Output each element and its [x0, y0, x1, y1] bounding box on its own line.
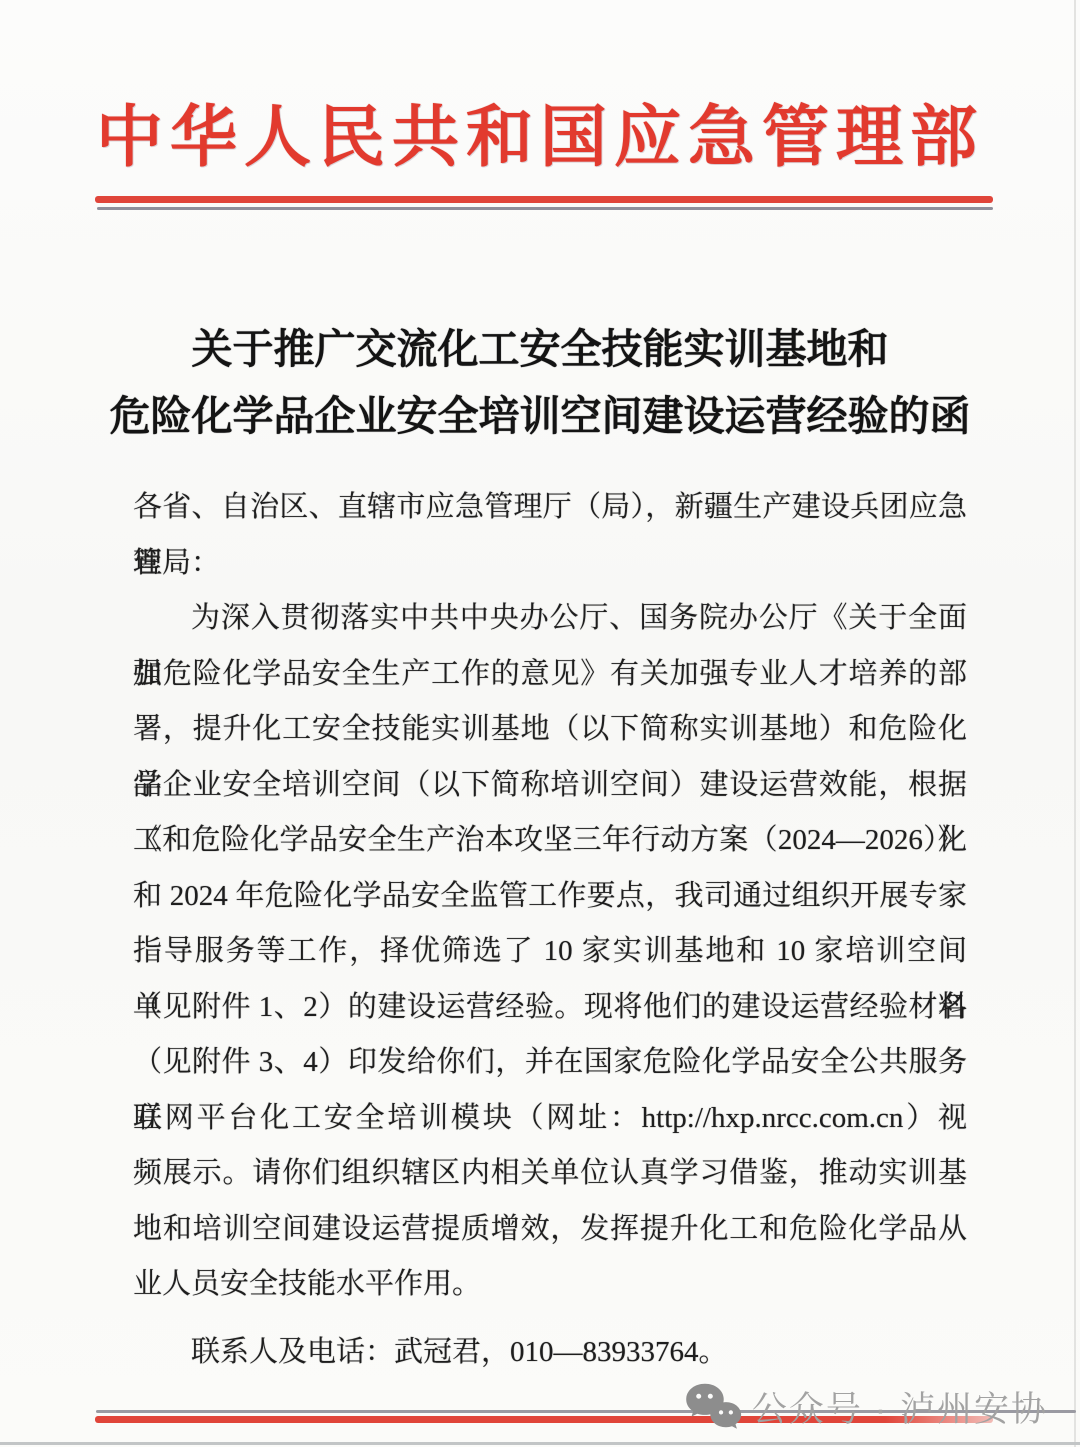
document-title-line2: 危险化学品企业安全培训空间建设运营经验的函 [0, 383, 1080, 450]
body-line: 频展示。请你们组织辖区内相关单位认真学习借鉴，推动实训基 [133, 1146, 967, 1202]
body-line: 署，提升化工安全技能实训基地（以下简称实训基地）和危险化学 [133, 702, 967, 758]
letterhead-rule-gray [97, 207, 993, 210]
letterhead-rule-red [95, 196, 993, 203]
document-body: 各省、自治区、直辖市应急管理厅（局），新疆生产建设兵团应急管理局：为深入贯彻落实… [133, 480, 967, 1380]
photo-edge-right [1074, 0, 1076, 1447]
body-line: 业人员安全技能水平作用。 [133, 1257, 967, 1313]
document-title: 关于推广交流化工安全技能实训基地和 危险化学品企业安全培训空间建设运营经验的函 [0, 316, 1080, 450]
body-line: 联系人及电话：武冠君，010—83933764。 [133, 1325, 967, 1381]
document-page: 中华人民共和国应急管理部 关于推广交流化工安全技能实训基地和 危险化学品企业安全… [0, 0, 1080, 1447]
body-line: 单见附件 1、2）的建设运营经验。现将他们的建设运营经验材料 [133, 980, 967, 1036]
watermark-text: 公众号 · 泸州安协 [752, 1382, 1048, 1432]
body-line: （见附件 3、4）印发给你们，并在国家危险化学品安全公共服务互 [133, 1035, 967, 1091]
body-line: 地和培训空间建设运营提质增效，发挥提升化工和危险化学品从 [133, 1202, 967, 1258]
body-line: 指导服务等工作，择优筛选了 10 家实训基地和 10 家培训空间（名 [133, 924, 967, 980]
watermark: 公众号 · 泸州安协 [684, 1382, 1048, 1432]
wechat-icon [684, 1382, 742, 1432]
photo-edge-bottom [0, 1442, 1080, 1445]
document-title-line1: 关于推广交流化工安全技能实训基地和 [0, 316, 1080, 383]
body-line: 和 2024 年危险化学品安全监管工作要点，我司通过组织开展专家 [133, 869, 967, 925]
body-line: 品企业安全培训空间（以下简称培训空间）建设运营效能，根据《化 [133, 758, 967, 814]
letterhead-agency-name: 中华人民共和国应急管理部 [0, 84, 1080, 180]
body-line: 联网平台化工安全培训模块（网址：http://hxp.nrcc.com.cn）视 [133, 1091, 967, 1147]
body-line: 强危险化学品安全生产工作的意见》有关加强专业人才培养的部 [133, 647, 967, 703]
body-line: 理局： [133, 536, 967, 592]
body-line: 各省、自治区、直辖市应急管理厅（局），新疆生产建设兵团应急管 [133, 480, 967, 536]
body-line: 工和危险化学品安全生产治本攻坚三年行动方案（2024—2026）》 [133, 813, 967, 869]
body-line: 为深入贯彻落实中共中央办公厅、国务院办公厅《关于全面加 [133, 591, 967, 647]
